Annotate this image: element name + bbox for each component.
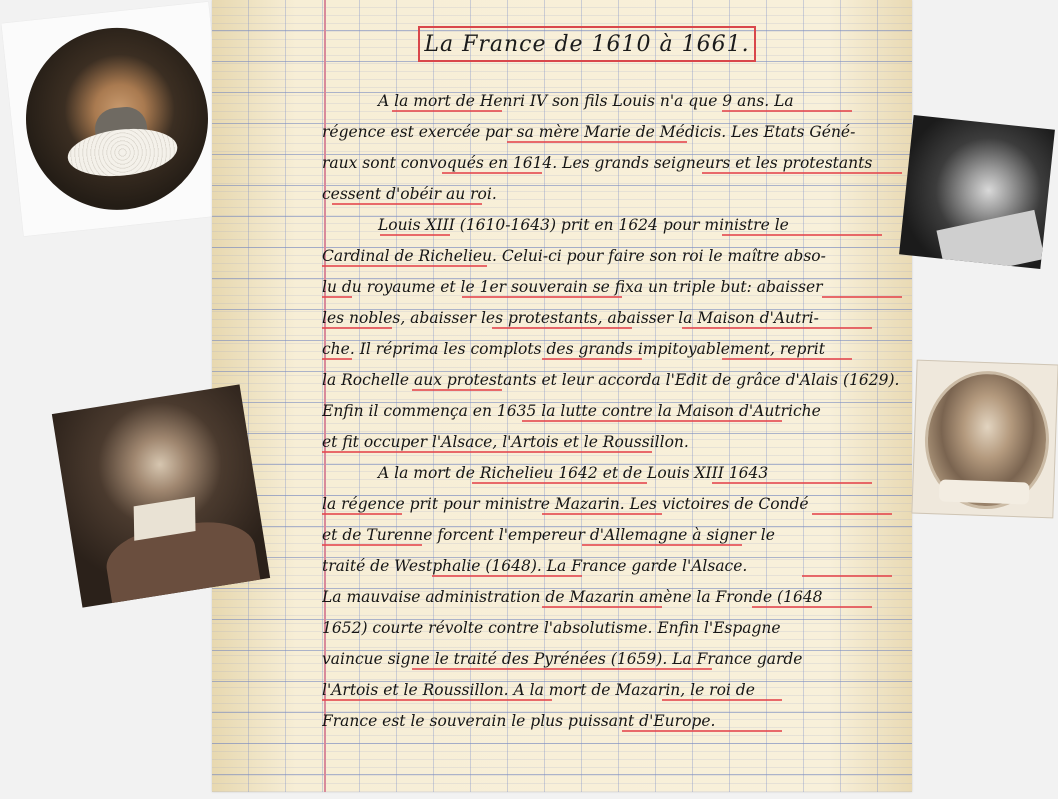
line-text: France est le souverain le plus puissant… bbox=[322, 712, 715, 730]
title-box: La France de 1610 à 1661. bbox=[418, 26, 756, 62]
line-text: 1652) courte révolte contre l'absolutism… bbox=[322, 619, 781, 637]
line-text: Cardinal de Richelieu. Celui-ci pour fai… bbox=[322, 247, 826, 265]
text-line: A la mort de Richelieu 1642 et de Louis … bbox=[322, 458, 908, 489]
portrait-mazarin bbox=[52, 384, 270, 607]
line-text: régence est exercée par sa mère Marie de… bbox=[322, 123, 855, 141]
line-text: vaincue signe le traité des Pyrénées (16… bbox=[322, 650, 803, 668]
portrait-richelieu bbox=[899, 115, 1055, 269]
text-line: régence est exercée par sa mère Marie de… bbox=[322, 117, 908, 148]
text-line: Louis XIII (1610-1643) prit en 1624 pour… bbox=[322, 210, 908, 241]
line-text: l'Artois et le Roussillon. A la mort de … bbox=[322, 681, 755, 699]
text-line: la régence prit pour ministre Mazarin. L… bbox=[322, 489, 908, 520]
text-line: l'Artois et le Roussillon. A la mort de … bbox=[322, 675, 908, 706]
line-text: et fit occuper l'Alsace, l'Artois et le … bbox=[322, 433, 689, 451]
louis-xiii-banner bbox=[939, 479, 1030, 504]
text-line: La mauvaise administration de Mazarin am… bbox=[322, 582, 908, 613]
line-text: les nobles, abaisser les protestants, ab… bbox=[322, 309, 819, 327]
line-text: che. Il réprima les complots des grands … bbox=[322, 340, 825, 358]
line-text: La mauvaise administration de Mazarin am… bbox=[322, 588, 823, 606]
line-text: A la mort de Henri IV son fils Louis n'a… bbox=[378, 92, 794, 110]
text-line: traité de Westphalie (1648). La France g… bbox=[322, 551, 908, 582]
text-line: et fit occuper l'Alsace, l'Artois et le … bbox=[322, 427, 908, 458]
line-text: Enfin il commença en 1635 la lutte contr… bbox=[322, 402, 821, 420]
richelieu-collar bbox=[936, 210, 1044, 269]
line-text: la Rochelle aux protestants et leur acco… bbox=[322, 371, 900, 389]
line-text: lu du royaume et le 1er souverain se fix… bbox=[322, 278, 823, 296]
text-line: France est le souverain le plus puissant… bbox=[322, 706, 908, 737]
line-text: A la mort de Richelieu 1642 et de Louis … bbox=[378, 464, 768, 482]
text-line: lu du royaume et le 1er souverain se fix… bbox=[322, 272, 908, 303]
text-line: che. Il réprima les complots des grands … bbox=[322, 334, 908, 365]
portrait-henri-iv bbox=[1, 2, 230, 237]
portrait-louis-xiii bbox=[911, 360, 1058, 519]
line-text: cessent d'obéir au roi. bbox=[322, 185, 497, 203]
handwritten-text: A la mort de Henri IV son fils Louis n'a… bbox=[322, 86, 908, 737]
line-text: la régence prit pour ministre Mazarin. L… bbox=[322, 495, 809, 513]
text-line: raux sont convoqués en 1614. Les grands … bbox=[322, 148, 908, 179]
text-line: les nobles, abaisser les protestants, ab… bbox=[322, 303, 908, 334]
text-line: et de Turenne forcent l'empereur d'Allem… bbox=[322, 520, 908, 551]
text-line: Enfin il commença en 1635 la lutte contr… bbox=[322, 396, 908, 427]
line-text: et de Turenne forcent l'empereur d'Allem… bbox=[322, 526, 775, 544]
notebook-page: La France de 1610 à 1661. A la mort de H… bbox=[212, 0, 912, 792]
line-text: Louis XIII (1610-1643) prit en 1624 pour… bbox=[378, 216, 789, 234]
text-line: 1652) courte révolte contre l'absolutism… bbox=[322, 613, 908, 644]
text-line: Cardinal de Richelieu. Celui-ci pour fai… bbox=[322, 241, 908, 272]
line-text: traité de Westphalie (1648). La France g… bbox=[322, 557, 747, 575]
page-title: La France de 1610 à 1661. bbox=[424, 32, 749, 57]
text-line: la Rochelle aux protestants et leur acco… bbox=[322, 365, 908, 396]
text-line: cessent d'obéir au roi. bbox=[322, 179, 908, 210]
text-line: A la mort de Henri IV son fils Louis n'a… bbox=[322, 86, 908, 117]
line-text: raux sont convoqués en 1614. Les grands … bbox=[322, 154, 872, 172]
text-line: vaincue signe le traité des Pyrénées (16… bbox=[322, 644, 908, 675]
